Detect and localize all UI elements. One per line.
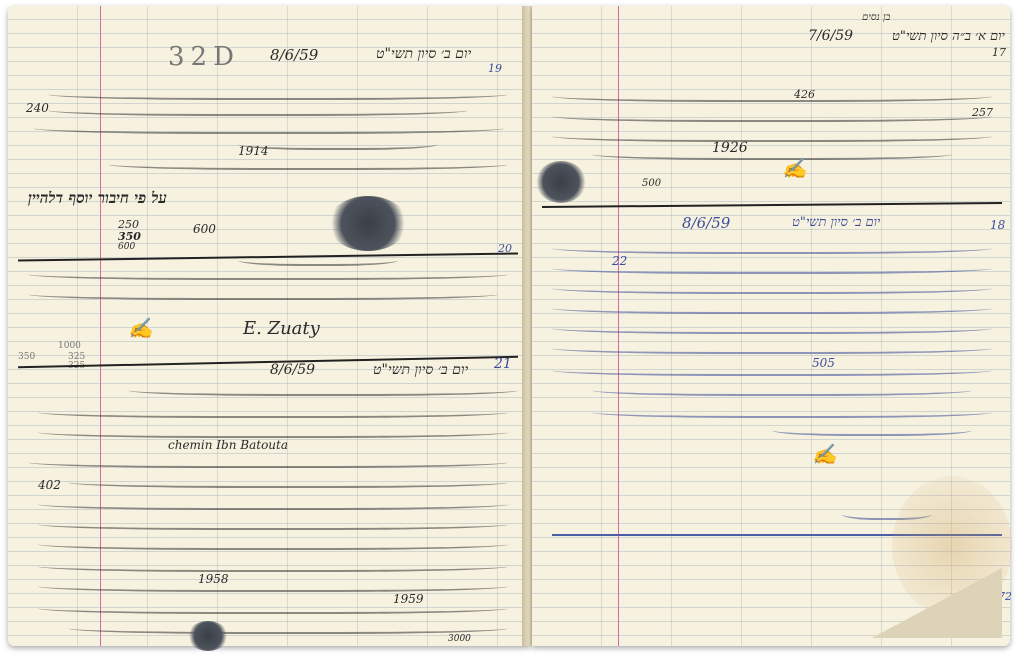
amount-in-text: 426 — [794, 88, 815, 101]
entry-number: 21 — [494, 356, 512, 372]
hebrew-date: יום ב׳ סיון תשי"ט — [792, 214, 880, 230]
handwritten-line — [38, 578, 508, 592]
hebrew-date: יום ב׳ סיון תשי"ט — [376, 46, 471, 63]
handwritten-line — [38, 600, 508, 614]
handwritten-line — [28, 266, 508, 280]
entry-number: 19 — [488, 62, 502, 75]
handwritten-line — [552, 88, 992, 102]
handwritten-line — [68, 620, 508, 634]
torn-corner — [872, 568, 1002, 638]
handwritten-line — [552, 362, 992, 376]
handwritten-line — [238, 136, 438, 150]
entry-divider — [542, 202, 1002, 208]
handwritten-line — [772, 422, 972, 436]
handwritten-line — [552, 320, 992, 334]
handwritten-line — [28, 286, 498, 300]
handwritten-line — [48, 102, 468, 116]
latin-address: chemin Ibn Batouta — [168, 438, 288, 452]
handwritten-line — [38, 404, 508, 418]
footer-amount: 3000 — [448, 634, 471, 644]
ink-blot — [536, 161, 586, 203]
entry-number: 20 — [498, 242, 512, 255]
handwritten-line — [38, 536, 508, 550]
header-note: בן נסים — [862, 12, 890, 23]
handwritten-line — [552, 280, 992, 294]
total-line-1: 1000 — [58, 341, 81, 351]
entry-date: 8/6/59 — [270, 362, 315, 378]
handwritten-line — [592, 404, 992, 418]
signature-mark: ✍ — [128, 316, 153, 340]
ink-blot — [188, 621, 228, 651]
ink-blot — [328, 196, 408, 251]
handwritten-line — [592, 382, 972, 396]
handwritten-line — [238, 252, 398, 266]
handwritten-line — [108, 156, 508, 170]
archive-code: 32D — [168, 42, 240, 72]
amount-in-text: 257 — [972, 106, 993, 119]
signature-mark: ✍ — [782, 156, 807, 180]
handwritten-line — [128, 382, 518, 396]
entry-date: 8/6/59 — [270, 46, 318, 64]
entry-number: 17 — [992, 46, 1006, 59]
handwritten-line — [68, 474, 508, 488]
total-side: 350 — [18, 352, 35, 362]
handwritten-line — [38, 424, 508, 438]
handwritten-line — [38, 558, 508, 572]
handwritten-line — [592, 146, 952, 160]
handwritten-line — [48, 86, 508, 100]
signature-block: על פי חיבור יוסף דלהיין — [28, 189, 167, 208]
handwritten-line — [552, 300, 992, 314]
hebrew-date: יום א׳ ב״ה סיון תשי"ט — [892, 28, 1005, 44]
right-notebook-page: בן נסים 7/6/59 יום א׳ ב״ה סיון תשי"ט 17 … — [532, 6, 1010, 646]
entry-date: 8/6/59 — [682, 214, 730, 232]
hebrew-date: יום ב׳ סיון תשי"ט — [373, 362, 468, 379]
handwritten-line — [552, 240, 992, 254]
latin-signature: E. Zuaty — [243, 318, 320, 339]
amount-in-text: 402 — [38, 478, 61, 492]
handwritten-line — [552, 128, 992, 142]
entry-number: 18 — [990, 218, 1005, 232]
fee-note: 600 — [193, 222, 216, 236]
total-sum: 600 — [118, 242, 135, 252]
handwritten-line — [38, 516, 508, 530]
handwritten-line — [28, 454, 508, 468]
handwritten-line — [552, 340, 992, 354]
signature-mark: ✍ — [812, 442, 837, 466]
handwritten-line — [38, 496, 508, 510]
left-notebook-page: 32D 8/6/59 יום ב׳ סיון תשי"ט 19 240 1914… — [8, 6, 530, 646]
fee-note: 500 — [642, 178, 661, 189]
entry-date: 7/6/59 — [808, 28, 853, 44]
handwritten-line — [552, 108, 992, 122]
handwritten-line — [34, 120, 504, 134]
amount-in-text: 240 — [26, 101, 49, 115]
handwritten-line — [552, 260, 992, 274]
